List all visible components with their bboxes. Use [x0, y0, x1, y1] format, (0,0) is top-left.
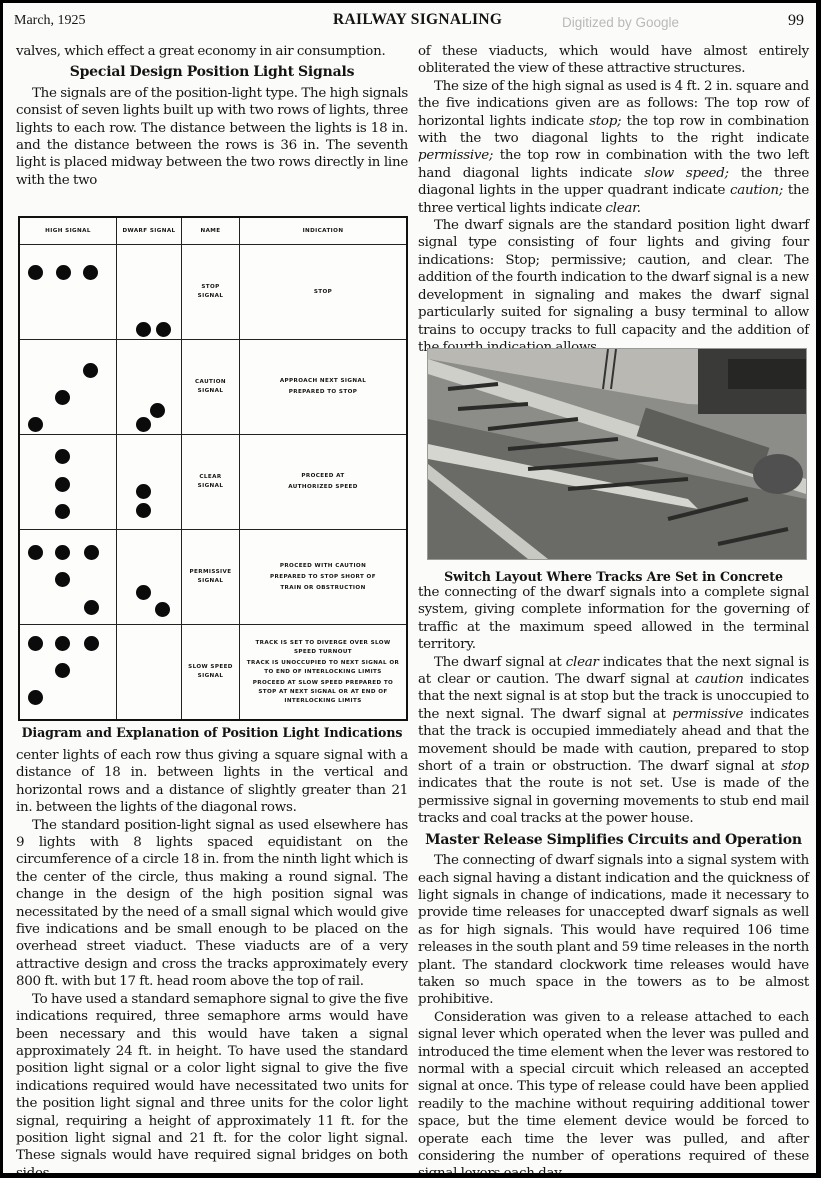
- signal-light-icon: [55, 572, 70, 587]
- paragraph: The signals are of the position-light ty…: [16, 85, 408, 189]
- table-row: CLEARSIGNAL PROCEED ATAUTHORIZED SPEED: [19, 435, 407, 530]
- paragraph: valves, which effect a great economy in …: [16, 43, 408, 60]
- signal-light-icon: [84, 545, 99, 560]
- signal-light-icon: [136, 585, 151, 600]
- signal-light-icon: [136, 322, 151, 337]
- section-heading: Special Design Position Light Signals: [16, 64, 408, 81]
- header-indication: INDICATION: [240, 217, 408, 245]
- dwarf-signal-diagram: [117, 340, 182, 435]
- signal-light-icon: [55, 390, 70, 405]
- signal-name: CAUTIONSIGNAL: [182, 340, 240, 435]
- signal-light-icon: [136, 503, 151, 518]
- paragraph: the connecting of the dwarf signals into…: [418, 584, 809, 654]
- high-signal-diagram: [19, 245, 117, 340]
- dwarf-signal-diagram: [117, 625, 182, 721]
- signal-light-icon: [155, 602, 170, 617]
- photo-caption: Switch Layout Where Tracks Are Set in Co…: [418, 569, 809, 584]
- signal-light-icon: [55, 636, 70, 651]
- signal-light-icon: [28, 417, 43, 432]
- signal-light-icon: [28, 545, 43, 560]
- dwarf-signal-diagram: [117, 435, 182, 530]
- signal-light-icon: [83, 363, 98, 378]
- signal-name: STOPSIGNAL: [182, 245, 240, 340]
- high-signal-diagram: [19, 435, 117, 530]
- left-column-top: valves, which effect a great economy in …: [16, 43, 408, 189]
- signal-name: CLEARSIGNAL: [182, 435, 240, 530]
- signal-light-icon: [55, 504, 70, 519]
- header-name: NAME: [182, 217, 240, 245]
- signal-light-icon: [84, 636, 99, 651]
- signal-light-icon: [55, 545, 70, 560]
- signal-indication: APPROACH NEXT SIGNALPREPARED TO STOP: [240, 340, 408, 435]
- table-row: STOPSIGNAL STOP: [19, 245, 407, 340]
- paragraph: center lights of each row thus giving a …: [16, 747, 408, 817]
- paragraph: The dwarf signals are the standard posit…: [418, 217, 809, 356]
- signal-light-icon: [55, 449, 70, 464]
- paragraph: The connecting of dwarf signals into a s…: [418, 852, 809, 1009]
- figure-caption: Diagram and Explanation of Position Ligh…: [16, 725, 408, 740]
- header-dwarf-signal: DWARF SIGNAL: [117, 217, 182, 245]
- dwarf-signal-diagram: [117, 245, 182, 340]
- table-header-row: HIGH SIGNAL DWARF SIGNAL NAME INDICATION: [19, 217, 407, 245]
- section-heading: Master Release Simplifies Circuits and O…: [418, 832, 809, 849]
- issue-date: March, 1925: [14, 13, 86, 29]
- signal-light-icon: [156, 322, 171, 337]
- signal-indication: TRACK IS SET TO DIVERGE OVER SLOW SPEED …: [240, 625, 408, 721]
- signal-indication: PROCEED WITH CAUTIONPREPARED TO STOP SHO…: [240, 530, 408, 625]
- left-column-bottom: center lights of each row thus giving a …: [16, 747, 408, 1173]
- high-signal-diagram: [19, 530, 117, 625]
- paragraph: The size of the high signal as used is 4…: [418, 78, 809, 217]
- header-high-signal: HIGH SIGNAL: [19, 217, 117, 245]
- signal-name: SLOW SPEEDSIGNAL: [182, 625, 240, 721]
- position-light-indication-table: HIGH SIGNAL DWARF SIGNAL NAME INDICATION…: [18, 216, 408, 721]
- digitized-watermark: Digitized by Google: [562, 15, 679, 30]
- signal-indication: PROCEED ATAUTHORIZED SPEED: [240, 435, 408, 530]
- signal-light-icon: [28, 636, 43, 651]
- signal-light-icon: [55, 663, 70, 678]
- signal-light-icon: [136, 484, 151, 499]
- signal-light-icon: [55, 477, 70, 492]
- signal-light-icon: [136, 417, 151, 432]
- paragraph: Consideration was given to a release att…: [418, 1009, 809, 1173]
- table-row: PERMISSIVESIGNAL PROCEED WITH CAUTIONPRE…: [19, 530, 407, 625]
- signal-indication: STOP: [240, 245, 408, 340]
- paragraph: of these viaducts, which would have almo…: [418, 43, 809, 78]
- high-signal-diagram: [19, 625, 117, 721]
- right-column-top: of these viaducts, which would have almo…: [418, 43, 809, 356]
- signal-light-icon: [28, 265, 43, 280]
- dwarf-signal-diagram: [117, 530, 182, 625]
- page-number: 99: [788, 12, 804, 30]
- document-page: March, 1925 RAILWAY SIGNALING Digitized …: [3, 3, 816, 1173]
- signal-light-icon: [84, 600, 99, 615]
- paragraph: To have used a standard semaphore signal…: [16, 991, 408, 1173]
- signal-light-icon: [83, 265, 98, 280]
- table-row: SLOW SPEEDSIGNAL TRACK IS SET TO DIVERGE…: [19, 625, 407, 721]
- running-head: March, 1925 RAILWAY SIGNALING Digitized …: [3, 3, 816, 39]
- high-signal-diagram: [19, 340, 117, 435]
- paragraph: The standard position-light signal as us…: [16, 817, 408, 991]
- signal-light-icon: [150, 403, 165, 418]
- signal-light-icon: [28, 690, 43, 705]
- signal-light-icon: [56, 265, 71, 280]
- switch-layout-photo: [427, 348, 807, 560]
- journal-title: RAILWAY SIGNALING: [333, 11, 502, 29]
- paragraph: The dwarf signal at clear indicates that…: [418, 654, 809, 828]
- right-column-bottom: the connecting of the dwarf signals into…: [418, 584, 809, 1173]
- table-row: CAUTIONSIGNAL APPROACH NEXT SIGNALPREPAR…: [19, 340, 407, 435]
- signal-name: PERMISSIVESIGNAL: [182, 530, 240, 625]
